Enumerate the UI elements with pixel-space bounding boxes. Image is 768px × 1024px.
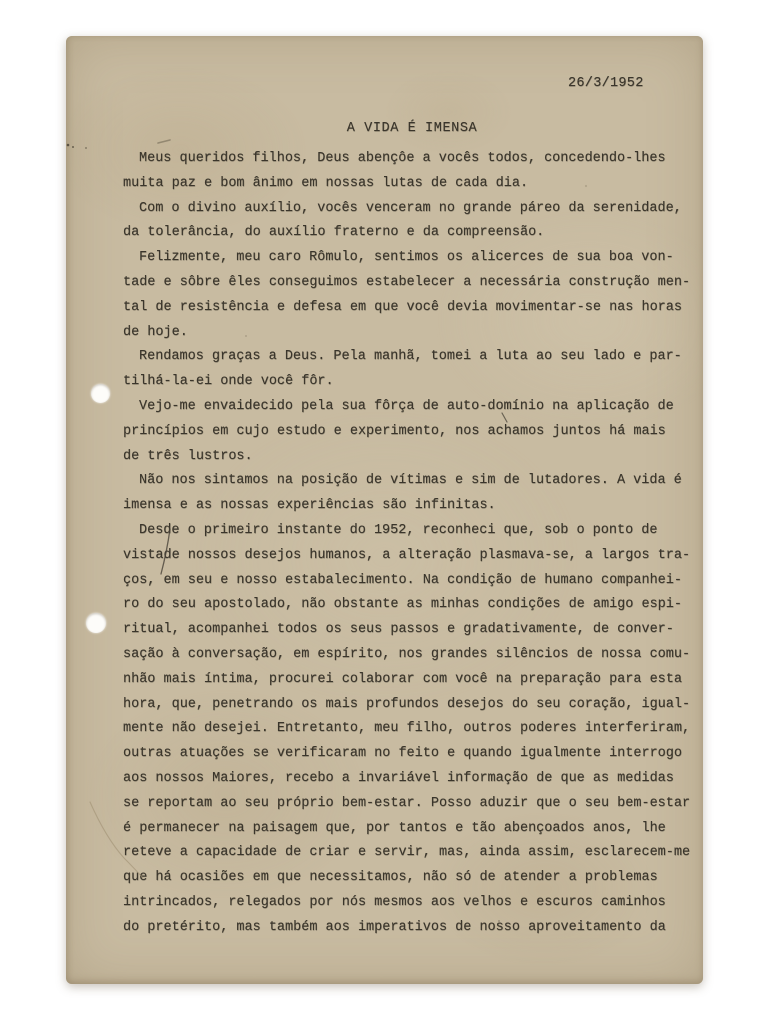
text-line: muita paz e bom ânimo em nossas lutas de… — [123, 172, 713, 197]
text-line: imensa e as nossas experiências são infi… — [123, 494, 713, 519]
text-line: sação à conversação, em espírito, nos gr… — [123, 643, 713, 668]
punch-hole-top — [91, 384, 110, 403]
text-line: Com o divino auxílio, vocês venceram no … — [123, 197, 713, 222]
text-line: nhão mais íntima, procurei colaborar com… — [123, 668, 713, 693]
text-line: Desde o primeiro instante do 1952, recon… — [123, 519, 713, 544]
text-line: Vejo-me envaidecido pela sua fôrça de au… — [123, 395, 713, 420]
paper-speck-icon — [67, 144, 70, 147]
text-line: Não nos sintamos na posição de vítimas e… — [123, 469, 713, 494]
text-line: da tolerância, do auxílio fraterno e da … — [123, 221, 713, 246]
text-line: de hoje. — [123, 321, 713, 346]
text-line: aos nossos Maiores, recebo a invariável … — [123, 767, 713, 792]
text-line: Felizmente, meu caro Rômulo, sentimos os… — [123, 246, 713, 271]
text-line: outras atuações se verificaram no feito … — [123, 742, 713, 767]
date-stamp: 26/3/1952 — [568, 76, 644, 91]
paper-speck-icon — [72, 146, 74, 148]
text-line: do pretérito, mas também aos imperativos… — [123, 916, 713, 941]
text-line: ritual, acompanhei todos os seus passos … — [123, 618, 713, 643]
text-line: princípios em cujo estudo e experimento,… — [123, 420, 713, 445]
text-line: Meus queridos filhos, Deus abençôe a voc… — [123, 147, 713, 172]
text-line: se reportam ao seu próprio bem-estar. Po… — [123, 792, 713, 817]
text-line: mente não desejei. Entretanto, meu filho… — [123, 717, 713, 742]
text-body: Meus queridos filhos, Deus abençôe a voc… — [123, 147, 713, 941]
text-line: tilhá-la-ei onde você fôr. — [123, 370, 713, 395]
pencil-dash-icon — [158, 140, 170, 143]
text-line: tal de resistência e defesa em que você … — [123, 296, 713, 321]
text-line: que há ocasiões em que necessitamos, não… — [123, 866, 713, 891]
text-line: é permanecer na paisagem que, por tantos… — [123, 817, 713, 842]
text-line: tade e sôbre êles conseguimos estabelece… — [123, 271, 713, 296]
scan-background: 26/3/1952 A VIDA É IMENSA Meus queridos … — [0, 0, 768, 1024]
text-line: de três lustros. — [123, 445, 713, 470]
text-line: reteve a capacidade de criar e servir, m… — [123, 841, 713, 866]
text-line: intrincados, relegados por nós mesmos ao… — [123, 891, 713, 916]
text-line: Rendamos graças a Deus. Pela manhã, tome… — [123, 345, 713, 370]
document-page: 26/3/1952 A VIDA É IMENSA Meus queridos … — [66, 36, 703, 984]
text-line: hora, que, penetrando os mais profundos … — [123, 693, 713, 718]
document-title: A VIDA É IMENSA — [123, 121, 701, 136]
text-line: vistade nossos desejos humanos, a altera… — [123, 544, 713, 569]
punch-hole-bottom — [86, 613, 106, 633]
text-line: ços, em seu e nosso estabalecimento. Na … — [123, 569, 713, 594]
text-line: ro do seu apostolado, não obstante as mi… — [123, 593, 713, 618]
paper-speck-icon — [85, 147, 87, 149]
